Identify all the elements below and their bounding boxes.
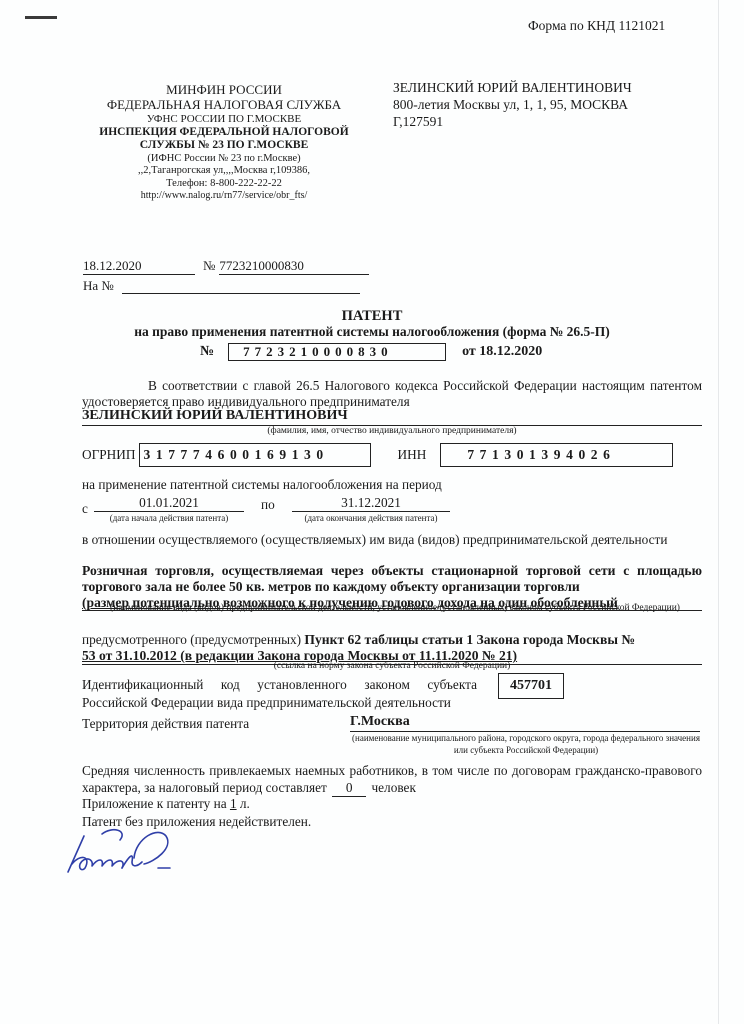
- registration-date: 18.12.2020: [83, 258, 195, 275]
- issuer-url: http://www.nalog.ru/rn77/service/obr_fts…: [84, 190, 364, 202]
- issuer-line: СЛУЖБЫ № 23 ПО Г.МОСКВЕ: [84, 139, 364, 153]
- patent-number-row: № 7723210000830 от 18.12.2020: [200, 343, 542, 361]
- page-edge-line: [718, 0, 719, 1024]
- issuer-block: МИНФИН РОССИИ ФЕДЕРАЛЬНАЯ НАЛОГОВАЯ СЛУЖ…: [84, 82, 364, 202]
- registration-line: 18.12.2020№7723210000830: [83, 258, 369, 275]
- appendix-suffix: л.: [240, 796, 250, 811]
- activity-caption: (наименование вида (видов) предпринимате…: [100, 603, 690, 615]
- appendix-prefix: Приложение к патенту на: [82, 796, 227, 811]
- patent-date: от 18.12.2020: [462, 344, 542, 360]
- addressee-name: ЗЕЛИНСКИЙ ЮРИЙ ВАЛЕНТИНОВИЧ: [393, 80, 683, 97]
- issuer-line: (ИФНС России № 23 по г.Москве): [84, 153, 364, 165]
- addressee-block: ЗЕЛИНСКИЙ ЮРИЙ ВАЛЕНТИНОВИЧ 800-летия Мо…: [393, 80, 683, 131]
- period-intro: на применение патентной системы налогооб…: [82, 477, 442, 493]
- inn-label: ИНН: [398, 447, 427, 463]
- inn-box: 771301394026: [440, 443, 673, 467]
- id-code-label-line-2: Российской Федерации вида предпринимател…: [82, 694, 477, 712]
- signature-icon: [62, 828, 192, 878]
- issuer-line: МИНФИН РОССИИ: [84, 82, 364, 97]
- patent-number-label: №: [200, 344, 214, 360]
- addressee-address: 800-летия Москвы ул, 1, 1, 95, МОСКВА: [393, 97, 683, 114]
- staff-unit: человек: [371, 780, 415, 795]
- corner-mark: [25, 16, 57, 19]
- activity-text: Розничная торговля, осуществляемая через…: [82, 563, 702, 594]
- territory-value: Г.Москва: [350, 714, 700, 732]
- reference-label: На №: [83, 278, 114, 293]
- period-row: с 01.01.2021 по 31.12.2021 (дата начала …: [82, 495, 462, 525]
- id-code-label: Идентификационный код установленного зак…: [82, 676, 477, 712]
- issuer-line: ИНСПЕКЦИЯ ФЕДЕРАЛЬНОЙ НАЛОГОВОЙ: [84, 126, 364, 140]
- activity-intro: в отношении осуществляемого (осуществляе…: [82, 532, 702, 548]
- staff-count: 0: [332, 779, 366, 797]
- territory-caption: (наименование муниципального района, гор…: [350, 733, 702, 756]
- issuer-address: ,,2,Таганрогская ул,,,,Москва г,109386,: [84, 165, 364, 177]
- id-code-box: 457701: [498, 673, 564, 699]
- staff-paragraph: Средняя численность привлекаемых наемных…: [82, 762, 702, 797]
- registration-number-label: №: [203, 258, 215, 273]
- appendix-line: Приложение к патенту на 1 л.: [82, 796, 250, 812]
- period-from-label: с: [82, 501, 88, 517]
- law-ref-1: Пункт 62 таблицы статьи 1 Закона города …: [304, 632, 635, 647]
- issuer-line: УФНС РОССИИ ПО Г.МОСКВЕ: [84, 113, 364, 126]
- registration-number: 7723210000830: [219, 258, 369, 275]
- period-to-label: по: [261, 497, 275, 513]
- id-code-label-line-1: Идентификационный код установленного зак…: [82, 676, 477, 694]
- territory-label: Территория действия патента: [82, 716, 249, 732]
- addressee-address-2: Г,127591: [393, 114, 683, 131]
- document-title: ПАТЕНТ: [0, 308, 744, 325]
- period-from-date: 01.01.2021: [94, 495, 244, 512]
- reference-blank: [122, 281, 360, 294]
- issuer-line: ФЕДЕРАЛЬНАЯ НАЛОГОВАЯ СЛУЖБА: [84, 97, 364, 112]
- reference-line: На №: [83, 278, 360, 294]
- period-to-caption: (дата окончания действия патента): [292, 513, 450, 523]
- period-to-date: 31.12.2021: [292, 495, 450, 512]
- intro-paragraph: В соответствии с главой 26.5 Налогового …: [82, 378, 702, 409]
- entrepreneur-name: ЗЕЛИНСКИЙ ЮРИЙ ВАЛЕНТИНОВИЧ: [82, 408, 702, 426]
- entrepreneur-name-caption: (фамилия, имя, отчество индивидуального …: [82, 426, 702, 436]
- appendix-pages: 1: [230, 796, 237, 811]
- ids-row: ОГРНИП 317774600169130 ИНН 771301394026: [82, 443, 673, 467]
- form-code: Форма по КНД 1121021: [528, 18, 665, 34]
- patent-number-box: 7723210000830: [228, 343, 446, 361]
- period-from-caption: (дата начала действия патента): [94, 513, 244, 523]
- ogrnip-box: 317774600169130: [139, 443, 371, 467]
- law-prefix: предусмотренного (предусмотренных): [82, 632, 301, 647]
- ogrnip-label: ОГРНИП: [82, 447, 136, 463]
- issuer-phone: Телефон: 8-800-222-22-22: [84, 178, 364, 190]
- law-caption: (ссылка на норму закона субъекта Российс…: [82, 661, 702, 671]
- document-subtitle: на право применения патентной системы на…: [0, 324, 744, 340]
